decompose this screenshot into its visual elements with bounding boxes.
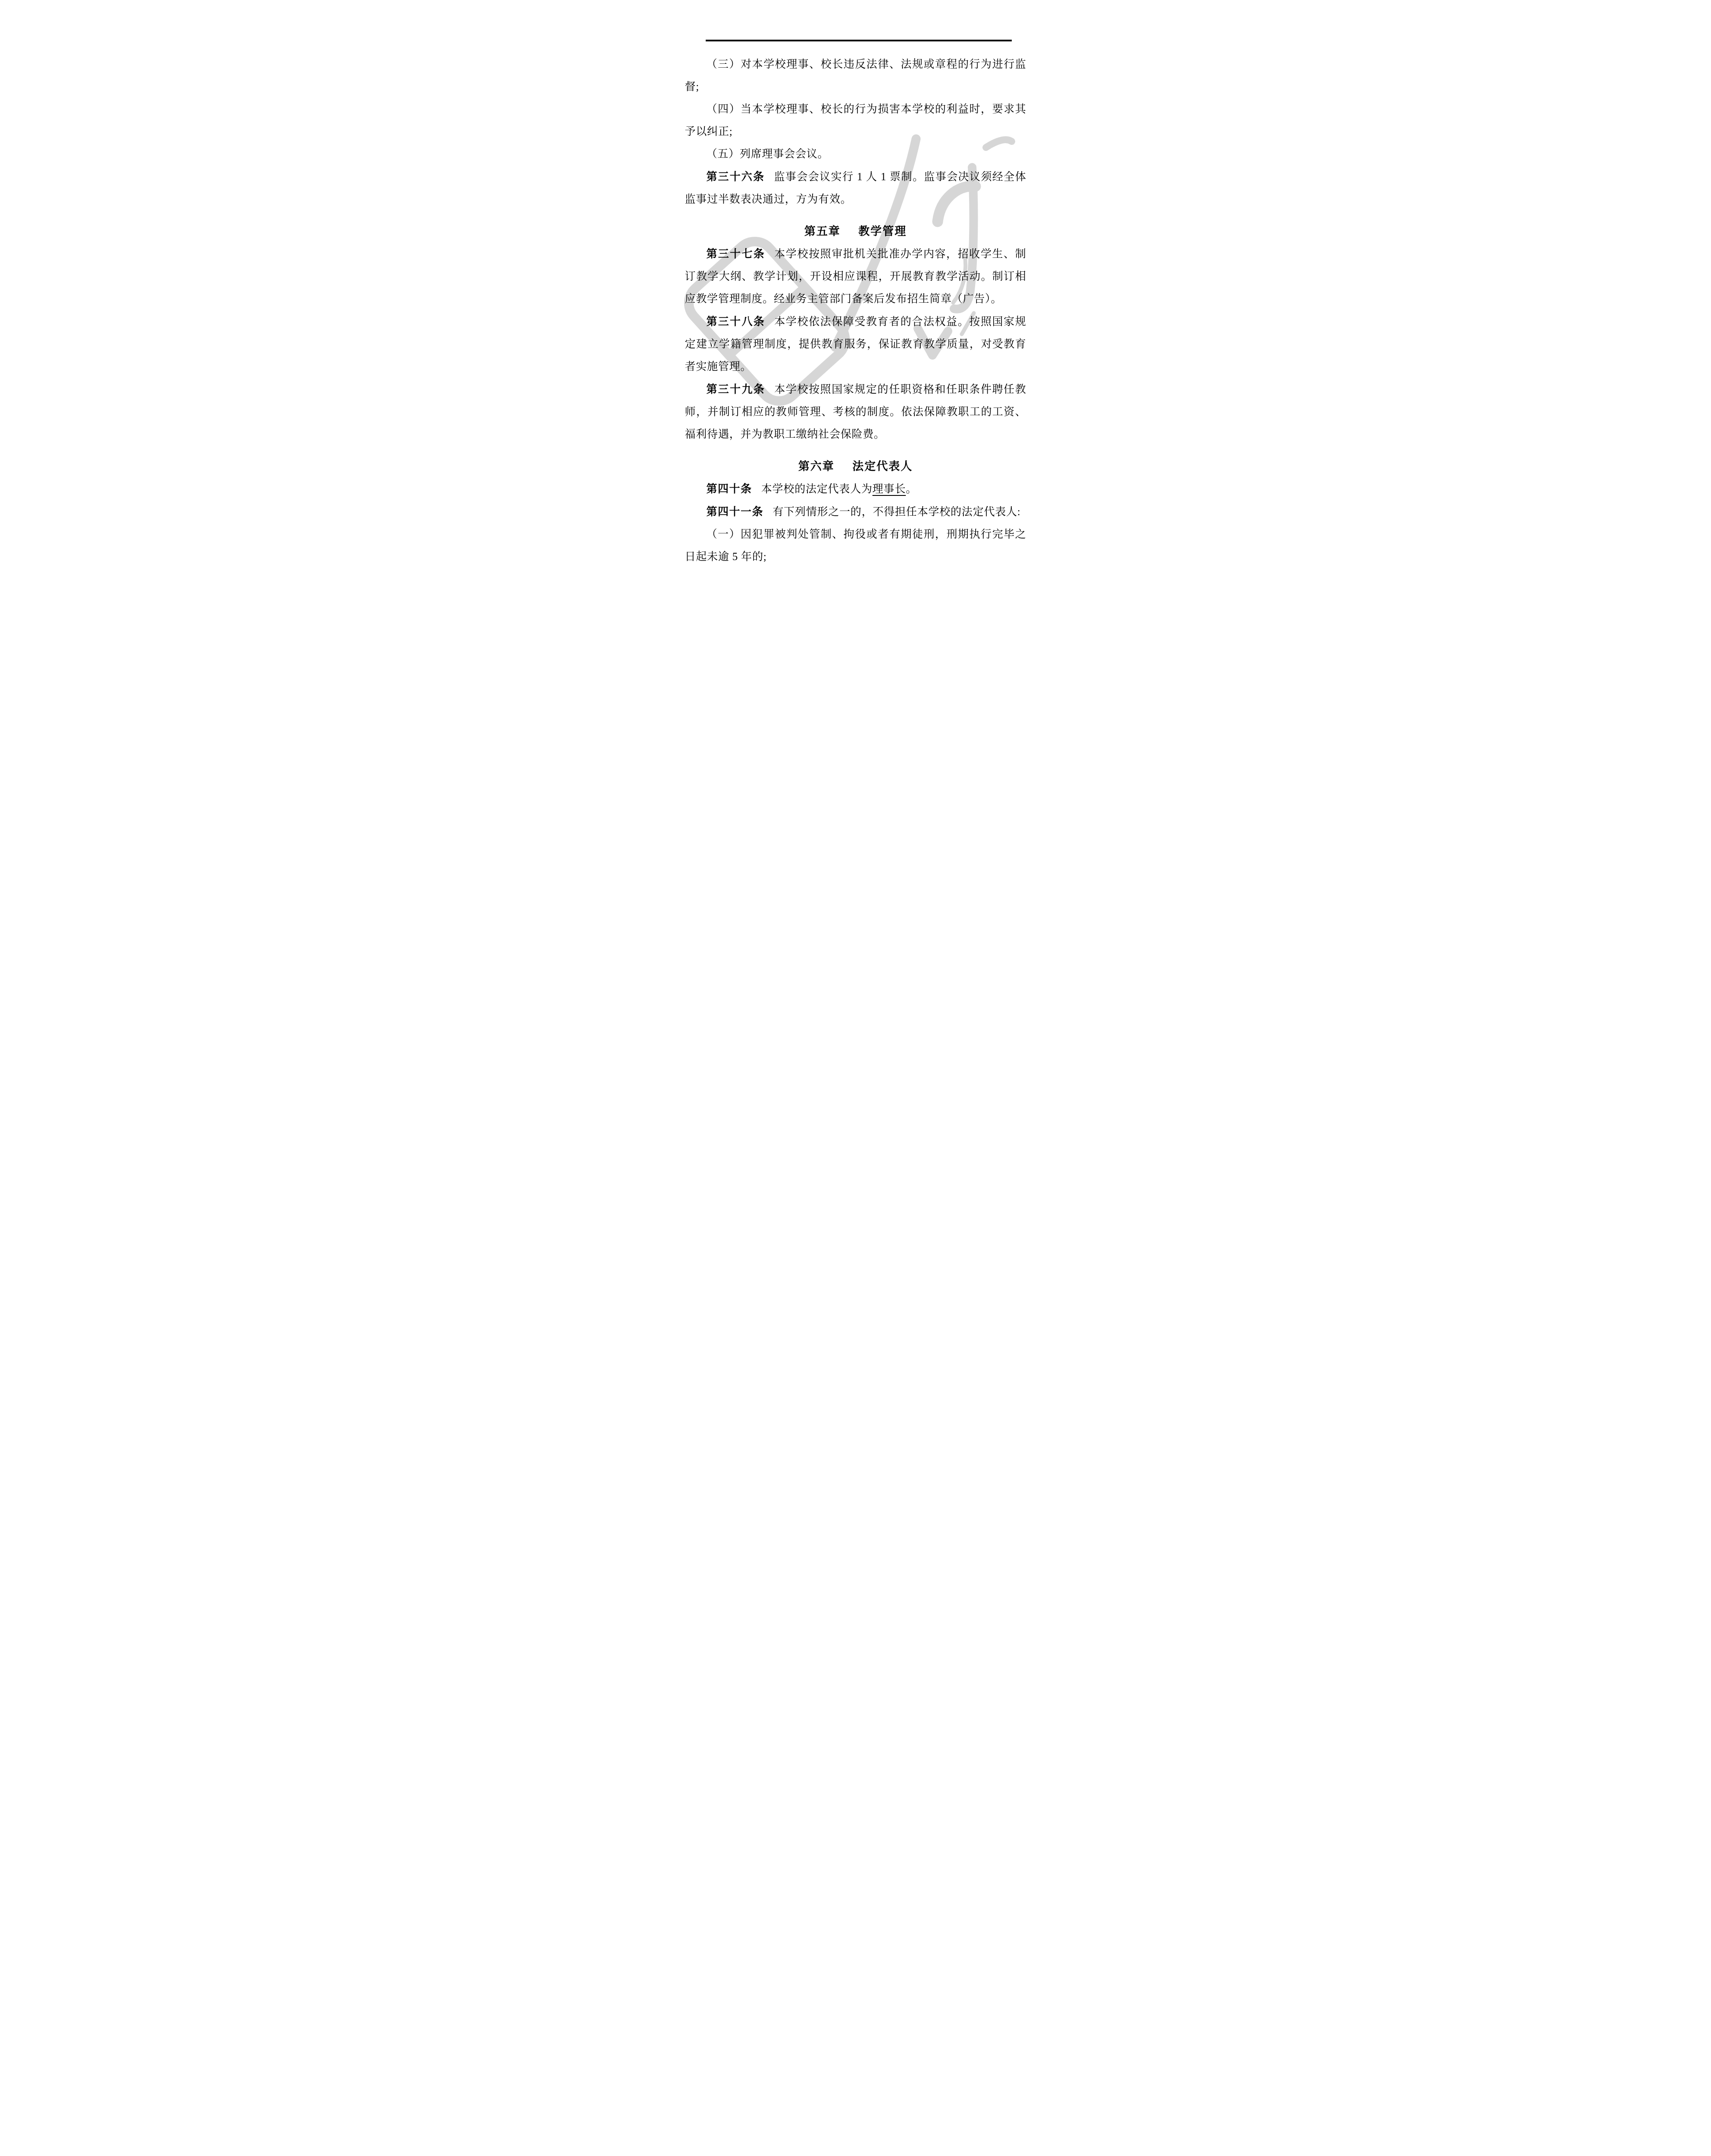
article-40-underlined-term: 理事长: [873, 483, 906, 495]
chapter-6-title: 法定代表人: [852, 460, 913, 473]
clause-item-4: （四）当本学校理事、校长的行为损害本学校的利益时，要求其予以纠正;: [685, 98, 1026, 143]
chapter-5-heading: 第五章教学管理: [685, 220, 1026, 243]
article-38: 第三十八条本学校依法保障受教育者的合法权益。按照国家规定建立学籍管理制度，提供教…: [685, 310, 1026, 378]
chapter-5-number: 第五章: [804, 225, 841, 238]
chapter-5-title: 教学管理: [858, 225, 907, 238]
article-41-text: 有下列情形之一的，不得担任本学校的法定代表人:: [773, 506, 1020, 518]
article-41-number: 第四十一条: [707, 506, 764, 518]
clause-item-3: （三）对本学校理事、校长违反法律、法规或章程的行为进行监督;: [685, 53, 1026, 98]
article-37-number: 第三十七条: [707, 248, 765, 260]
article-38-number: 第三十八条: [707, 316, 765, 328]
document-text: （三）对本学校理事、校长违反法律、法规或章程的行为进行监督; （四）当本学校理事…: [685, 53, 1026, 568]
article-40-number: 第四十条: [707, 483, 752, 495]
article-36-number: 第三十六条: [707, 171, 765, 183]
article-39-number: 第三十九条: [707, 383, 765, 395]
header-rule: [706, 40, 1012, 41]
article-40: 第四十条本学校的法定代表人为理事长。: [685, 478, 1026, 501]
article-36: 第三十六条监事会会议实行 1 人 1 票制。监事会决议须经全体监事过半数表决通过…: [685, 166, 1026, 211]
chapter-6-heading: 第六章法定代表人: [685, 455, 1026, 478]
article-39: 第三十九条本学校按照国家规定的任职资格和任职条件聘任教师，并制订相应的教师管理、…: [685, 378, 1026, 446]
article-40-text-post: 。: [906, 483, 917, 495]
document-page: （三）对本学校理事、校长违反法律、法规或章程的行为进行监督; （四）当本学校理事…: [642, 0, 1070, 605]
article-40-text-pre: 本学校的法定代表人为: [761, 483, 873, 495]
clause-item-1: （一）因犯罪被判处管制、拘役或者有期徒刑，刑期执行完毕之日起未逾 5 年的;: [685, 523, 1026, 568]
article-41: 第四十一条有下列情形之一的，不得担任本学校的法定代表人:: [685, 501, 1026, 523]
article-37: 第三十七条本学校按照审批机关批准办学内容，招收学生、制订教学大纲、教学计划，开设…: [685, 243, 1026, 310]
clause-item-5: （五）列席理事会会议。: [685, 143, 1026, 166]
chapter-6-number: 第六章: [798, 460, 835, 473]
